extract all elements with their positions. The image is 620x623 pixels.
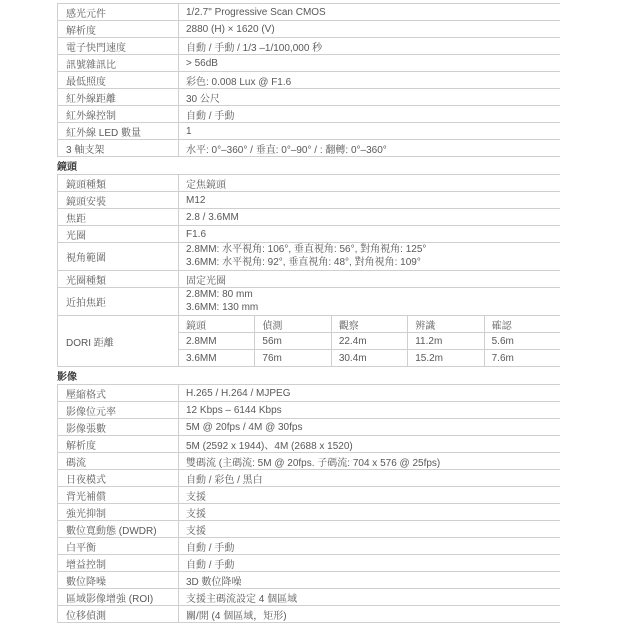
spec-value: 2880 (H) × 1620 (V) — [179, 21, 560, 37]
spec-row: 3 軸支架水平: 0°–360° / 垂直: 0°–90° / : 翻轉: 0°… — [57, 140, 560, 157]
spec-label: 壓縮格式 — [58, 385, 179, 401]
spec-value: 雙碼流 (主碼流: 5M @ 20fps. 子碼流: 704 x 576 @ 2… — [179, 453, 560, 469]
spec-value: 2.8 / 3.6MM — [179, 209, 560, 225]
spec-row: 感光元件1/2.7" Progressive Scan CMOS — [57, 4, 560, 21]
dori-header-cell: 鏡頭 — [179, 316, 255, 332]
spec-label: 數位降噪 — [58, 572, 179, 588]
spec-value: 支援 — [179, 504, 560, 520]
spec-row: 背光補償支援 — [57, 487, 560, 504]
spec-label: 焦距 — [58, 209, 179, 225]
spec-value: F1.6 — [179, 226, 560, 242]
spec-row: 鏡頭種類定焦鏡頭 — [57, 175, 560, 192]
dori-cell: 15.2m — [408, 350, 484, 366]
dori-cell: 22.4m — [332, 333, 408, 349]
dori-header-cell: 觀察 — [332, 316, 408, 332]
spec-value: > 56dB — [179, 55, 560, 71]
spec-label: 位移偵測 — [58, 606, 179, 620]
spec-label: DORI 距離 — [58, 316, 179, 366]
spec-value: 3D 數位降噪 — [179, 572, 560, 588]
spec-value-line: 2.8MM: 80 mm — [186, 289, 253, 302]
spec-row: 鏡頭安裝M12 — [57, 192, 560, 209]
spec-label: 碼流 — [58, 453, 179, 469]
spec-value: 固定光圈 — [179, 271, 560, 287]
spec-row: 近拍焦距2.8MM: 80 mm3.6MM: 130 mm — [57, 288, 560, 316]
spec-value: H.265 / H.264 / MJPEG — [179, 385, 560, 401]
spec-row: 解析度5M (2592 x 1944)、4M (2688 x 1520) — [57, 436, 560, 453]
spec-label: 影像位元率 — [58, 402, 179, 418]
spec-row: 紅外線 LED 數量1 — [57, 123, 560, 140]
spec-label: 最低照度 — [58, 72, 179, 88]
dori-cell: 7.6m — [485, 350, 560, 366]
spec-value: 1 — [179, 123, 560, 139]
spec-row: 日夜模式自動 / 彩色 / 黑白 — [57, 470, 560, 487]
spec-row: DORI 距離鏡頭偵測觀察辨識確認2.8MM56m22.4m11.2m5.6m3… — [57, 316, 560, 367]
dori-cell: 56m — [255, 333, 331, 349]
dori-cell: 11.2m — [408, 333, 484, 349]
spec-value: 2.8MM: 水平視角: 106°, 垂直視角: 56°, 對角視角: 125°… — [179, 243, 560, 270]
spec-row: 解析度2880 (H) × 1620 (V) — [57, 21, 560, 38]
spec-label: 白平衡 — [58, 538, 179, 554]
spec-value: 自動 / 手動 — [179, 555, 560, 571]
dori-data-row: 3.6MM76m30.4m15.2m7.6m — [179, 350, 560, 366]
spec-value-line: 3.6MM: 130 mm — [186, 302, 258, 315]
spec-row: 數位寬動態 (DWDR)支援 — [57, 521, 560, 538]
spec-label: 鏡頭安裝 — [58, 192, 179, 208]
spec-row: 紅外線控制自動 / 手動 — [57, 106, 560, 123]
spec-label: 光圈種類 — [58, 271, 179, 287]
spec-value: 支援主碼流設定 4 個區域 — [179, 589, 560, 605]
spec-label: 區域影像增強 (ROI) — [58, 589, 179, 605]
spec-row: 光圈F1.6 — [57, 226, 560, 243]
dori-cell: 76m — [255, 350, 331, 366]
spec-value: 關/開 (4 個區域，矩形) — [179, 606, 560, 620]
spec-value: 彩色: 0.008 Lux @ F1.6 — [179, 72, 560, 88]
spec-label: 紅外線 LED 數量 — [58, 123, 179, 139]
spec-value: 1/2.7" Progressive Scan CMOS — [179, 4, 560, 20]
spec-value: 自動 / 手動 — [179, 106, 560, 122]
spec-row: 電子快門速度自動 / 手動 / 1/3 –1/100,000 秒 — [57, 38, 560, 55]
spec-label: 強光抑制 — [58, 504, 179, 520]
spec-row: 最低照度彩色: 0.008 Lux @ F1.6 — [57, 72, 560, 89]
spec-value: 自動 / 彩色 / 黑白 — [179, 470, 560, 486]
spec-label: 光圈 — [58, 226, 179, 242]
spec-row: 視角範圍2.8MM: 水平視角: 106°, 垂直視角: 56°, 對角視角: … — [57, 243, 560, 271]
spec-row: 光圈種類固定光圈 — [57, 271, 560, 288]
spec-value: 30 公尺 — [179, 89, 560, 105]
spec-value: M12 — [179, 192, 560, 208]
spec-label: 電子快門速度 — [58, 38, 179, 54]
spec-table: 感光元件1/2.7" Progressive Scan CMOS解析度2880 … — [57, 3, 560, 620]
dori-data-row: 2.8MM56m22.4m11.2m5.6m — [179, 333, 560, 350]
spec-value: 定焦鏡頭 — [179, 175, 560, 191]
spec-value: 支援 — [179, 487, 560, 503]
section-header: 影像 — [57, 367, 560, 385]
spec-row: 強光抑制支援 — [57, 504, 560, 521]
dori-table: 鏡頭偵測觀察辨識確認2.8MM56m22.4m11.2m5.6m3.6MM76m… — [179, 316, 560, 366]
spec-row: 位移偵測關/開 (4 個區域，矩形) — [57, 606, 560, 620]
spec-label: 數位寬動態 (DWDR) — [58, 521, 179, 537]
spec-label: 解析度 — [58, 436, 179, 452]
spec-value: 自動 / 手動 — [179, 538, 560, 554]
spec-row: 區域影像增強 (ROI)支援主碼流設定 4 個區域 — [57, 589, 560, 606]
spec-row: 影像張數5M @ 20fps / 4M @ 30fps — [57, 419, 560, 436]
dori-header-cell: 確認 — [485, 316, 560, 332]
spec-label: 訊號雜訊比 — [58, 55, 179, 71]
spec-row: 白平衡自動 / 手動 — [57, 538, 560, 555]
spec-label: 鏡頭種類 — [58, 175, 179, 191]
spec-row: 壓縮格式H.265 / H.264 / MJPEG — [57, 385, 560, 402]
spec-label: 紅外線控制 — [58, 106, 179, 122]
spec-label: 解析度 — [58, 21, 179, 37]
spec-row: 數位降噪3D 數位降噪 — [57, 572, 560, 589]
dori-cell: 5.6m — [485, 333, 560, 349]
spec-row: 訊號雜訊比> 56dB — [57, 55, 560, 72]
spec-label: 視角範圍 — [58, 243, 179, 270]
spec-value-line: 3.6MM: 水平視角: 92°, 垂直視角: 48°, 對角視角: 109° — [186, 257, 421, 270]
spec-row: 影像位元率12 Kbps – 6144 Kbps — [57, 402, 560, 419]
spec-value: 5M (2592 x 1944)、4M (2688 x 1520) — [179, 436, 560, 452]
dori-cell: 3.6MM — [179, 350, 255, 366]
spec-value: 5M @ 20fps / 4M @ 30fps — [179, 419, 560, 435]
spec-label: 3 軸支架 — [58, 140, 179, 156]
spec-label: 增益控制 — [58, 555, 179, 571]
spec-row: 碼流雙碼流 (主碼流: 5M @ 20fps. 子碼流: 704 x 576 @… — [57, 453, 560, 470]
dori-cell: 30.4m — [332, 350, 408, 366]
spec-value-line: 2.8MM: 水平視角: 106°, 垂直視角: 56°, 對角視角: 125° — [186, 244, 426, 257]
spec-row: 紅外線距離30 公尺 — [57, 89, 560, 106]
spec-row: 增益控制自動 / 手動 — [57, 555, 560, 572]
section-header: 鏡頭 — [57, 157, 560, 175]
spec-value: 支援 — [179, 521, 560, 537]
spec-label: 紅外線距離 — [58, 89, 179, 105]
spec-value: 12 Kbps – 6144 Kbps — [179, 402, 560, 418]
spec-label: 近拍焦距 — [58, 288, 179, 315]
spec-label: 背光補償 — [58, 487, 179, 503]
dori-cell: 2.8MM — [179, 333, 255, 349]
spec-label: 感光元件 — [58, 4, 179, 20]
spec-label: 日夜模式 — [58, 470, 179, 486]
spec-label: 影像張數 — [58, 419, 179, 435]
spec-value: 自動 / 手動 / 1/3 –1/100,000 秒 — [179, 38, 560, 54]
dori-header-cell: 偵測 — [255, 316, 331, 332]
dori-header-cell: 辨識 — [408, 316, 484, 332]
spec-row: 焦距2.8 / 3.6MM — [57, 209, 560, 226]
spec-value: 2.8MM: 80 mm3.6MM: 130 mm — [179, 288, 560, 315]
spec-value: 水平: 0°–360° / 垂直: 0°–90° / : 翻轉: 0°–360° — [179, 140, 560, 156]
dori-header-row: 鏡頭偵測觀察辨識確認 — [179, 316, 560, 333]
